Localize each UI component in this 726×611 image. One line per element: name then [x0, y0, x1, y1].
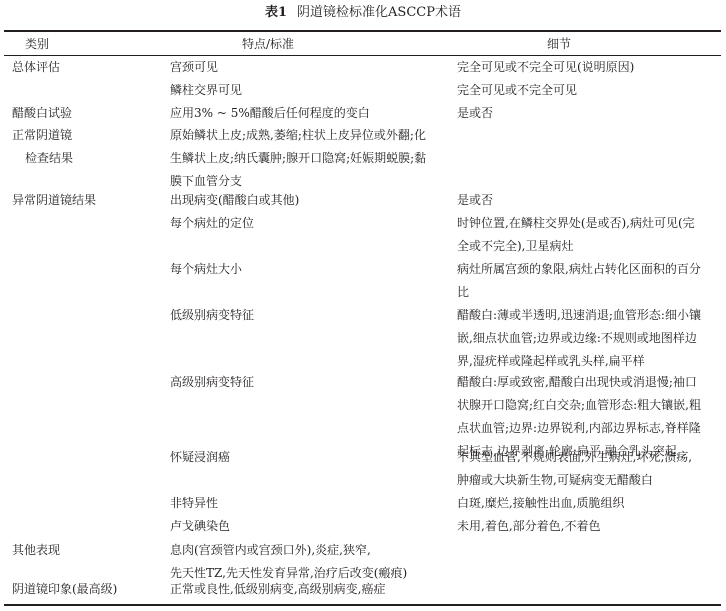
header-feature: 特点/标准 [242, 35, 294, 53]
feature-text-line: 鳞柱交界可见 [170, 79, 455, 102]
cell-feature: 原始鳞状上皮;成熟,萎缩;柱状上皮异位或外翻;化生鳞状上皮;纳氏囊肿;腺开口隐窝… [170, 124, 455, 193]
feature-text-line: 高级别病变特征 [170, 371, 455, 394]
top-rule [4, 30, 721, 32]
category-text-line: 总体评估 [12, 56, 162, 79]
feature-text-line: 怀疑浸润癌 [170, 446, 455, 469]
cell-feature: 低级别病变特征 [170, 304, 455, 327]
cell-feature: 每个病灶的定位 [170, 212, 455, 235]
feature-text-line: 每个病灶大小 [170, 258, 455, 281]
feature-text-line: 生鳞状上皮;纳氏囊肿;腺开口隐窝;妊娠期蜕膜;黏 [170, 147, 455, 170]
feature-text-line: 卢戈碘染色 [170, 515, 455, 538]
cell-feature: 卢戈碘染色 [170, 515, 455, 538]
cell-feature: 高级别病变特征 [170, 371, 455, 394]
detail-text-line: 肿瘤或大块新生物,可疑病变无醋酸白 [457, 469, 719, 492]
feature-text-line: 正常或良性,低级别病变,高级别病变,癌症 [170, 578, 455, 601]
feature-text-line: 每个病灶的定位 [170, 212, 455, 235]
cell-category: 醋酸白试验 [12, 102, 162, 125]
feature-text-line: 出现病变(醋酸白或其他) [170, 189, 455, 212]
detail-text-line: 全或不完全),卫星病灶 [457, 235, 719, 258]
cell-detail: 未用,着色,部分着色,不着色 [457, 515, 719, 538]
cell-category: 异常阴道镜结果 [12, 189, 162, 212]
cell-category: 总体评估 [12, 56, 162, 79]
category-text-line: 醋酸白试验 [12, 102, 162, 125]
feature-text-line: 非特异性 [170, 492, 455, 515]
header-detail: 细节 [547, 35, 571, 53]
feature-text-line: 原始鳞状上皮;成熟,萎缩;柱状上皮异位或外翻;化 [170, 124, 455, 147]
category-text-line: 异常阴道镜结果 [12, 189, 162, 212]
detail-text-line: 未用,着色,部分着色,不着色 [457, 515, 719, 538]
feature-text-line: 低级别病变特征 [170, 304, 455, 327]
feature-text-line: 宫颈可见 [170, 56, 455, 79]
cell-feature: 宫颈可见 [170, 56, 455, 79]
detail-text-line: 时钟位置,在鳞柱交界处(是或否),病灶可见(完 [457, 212, 719, 235]
cell-feature: 正常或良性,低级别病变,高级别病变,癌症 [170, 578, 455, 601]
cell-feature: 每个病灶大小 [170, 258, 455, 281]
detail-text-line: 醋酸白:薄或半透明,迅速消退;血管形态:细小镶 [457, 304, 719, 327]
category-text-line: 检查结果 [12, 147, 162, 170]
detail-text-line: 是或否 [457, 189, 719, 212]
feature-text-line: 应用3% ~ 5%醋酸后任何程度的变白 [170, 102, 455, 125]
detail-text-line: 比 [457, 281, 719, 304]
cell-category: 阴道镜印象(最高级) [12, 578, 162, 601]
cell-feature: 怀疑浸润癌 [170, 446, 455, 469]
cell-feature: 应用3% ~ 5%醋酸后任何程度的变白 [170, 102, 455, 125]
cell-category: 正常阴道镜检查结果 [12, 124, 162, 170]
category-text-line: 正常阴道镜 [12, 124, 162, 147]
cell-detail: 白斑,糜烂,接触性出血,质脆组织 [457, 492, 719, 515]
detail-text-line: 界,湿疣样或隆起样或乳头样,扁平样 [457, 350, 719, 373]
feature-text-line: 息肉(宫颈管内或宫颈口外),炎症,狭窄, [170, 539, 455, 562]
cell-feature: 出现病变(醋酸白或其他) [170, 189, 455, 212]
cell-feature: 鳞柱交界可见 [170, 79, 455, 102]
cell-detail: 不典型血管,不规则表面,外生病灶,坏死,溃疡,肿瘤或大块新生物,可疑病变无醋酸白 [457, 446, 719, 492]
cell-detail: 是或否 [457, 102, 719, 125]
detail-text-line: 嵌,细点状血管;边界或边缘:不规则或地图样边 [457, 327, 719, 350]
table-number: 表1 [265, 5, 287, 20]
detail-text-line: 不典型血管,不规则表面,外生病灶,坏死,溃疡, [457, 446, 719, 469]
cell-feature: 非特异性 [170, 492, 455, 515]
detail-text-line: 醋酸白:厚或致密,醋酸白出现快或消退慢;袖口 [457, 371, 719, 394]
detail-text-line: 完全可见或不完全可见 [457, 79, 719, 102]
cell-detail: 醋酸白:薄或半透明,迅速消退;血管形态:细小镶嵌,细点状血管;边界或边缘:不规则… [457, 304, 719, 373]
category-text-line: 阴道镜印象(最高级) [12, 578, 162, 601]
detail-text-line: 是或否 [457, 102, 719, 125]
bottom-rule [4, 604, 721, 606]
header-category: 类别 [25, 35, 49, 53]
detail-text-line: 病灶所属宫颈的象限,病灶占转化区面积的百分 [457, 258, 719, 281]
cell-category: 其他表现 [12, 539, 162, 562]
category-text-line: 其他表现 [12, 539, 162, 562]
cell-detail: 完全可见或不完全可见 [457, 79, 719, 102]
cell-detail: 是或否 [457, 189, 719, 212]
table-caption: 表1阴道镜检标准化ASCCP术语 [0, 4, 726, 22]
detail-text-line: 点状血管;边界:边界锐利,内部边界标志,脊样隆 [457, 417, 719, 440]
cell-detail: 时钟位置,在鳞柱交界处(是或否),病灶可见(完全或不完全),卫星病灶 [457, 212, 719, 258]
table-title: 阴道镜检标准化ASCCP术语 [297, 5, 461, 20]
cell-detail: 病灶所属宫颈的象限,病灶占转化区面积的百分比 [457, 258, 719, 304]
detail-text-line: 完全可见或不完全可见(说明原因) [457, 56, 719, 79]
detail-text-line: 白斑,糜烂,接触性出血,质脆组织 [457, 492, 719, 515]
cell-detail: 完全可见或不完全可见(说明原因) [457, 56, 719, 79]
detail-text-line: 状腺开口隐窝;红白交杂;血管形态:粗大镶嵌,粗 [457, 394, 719, 417]
